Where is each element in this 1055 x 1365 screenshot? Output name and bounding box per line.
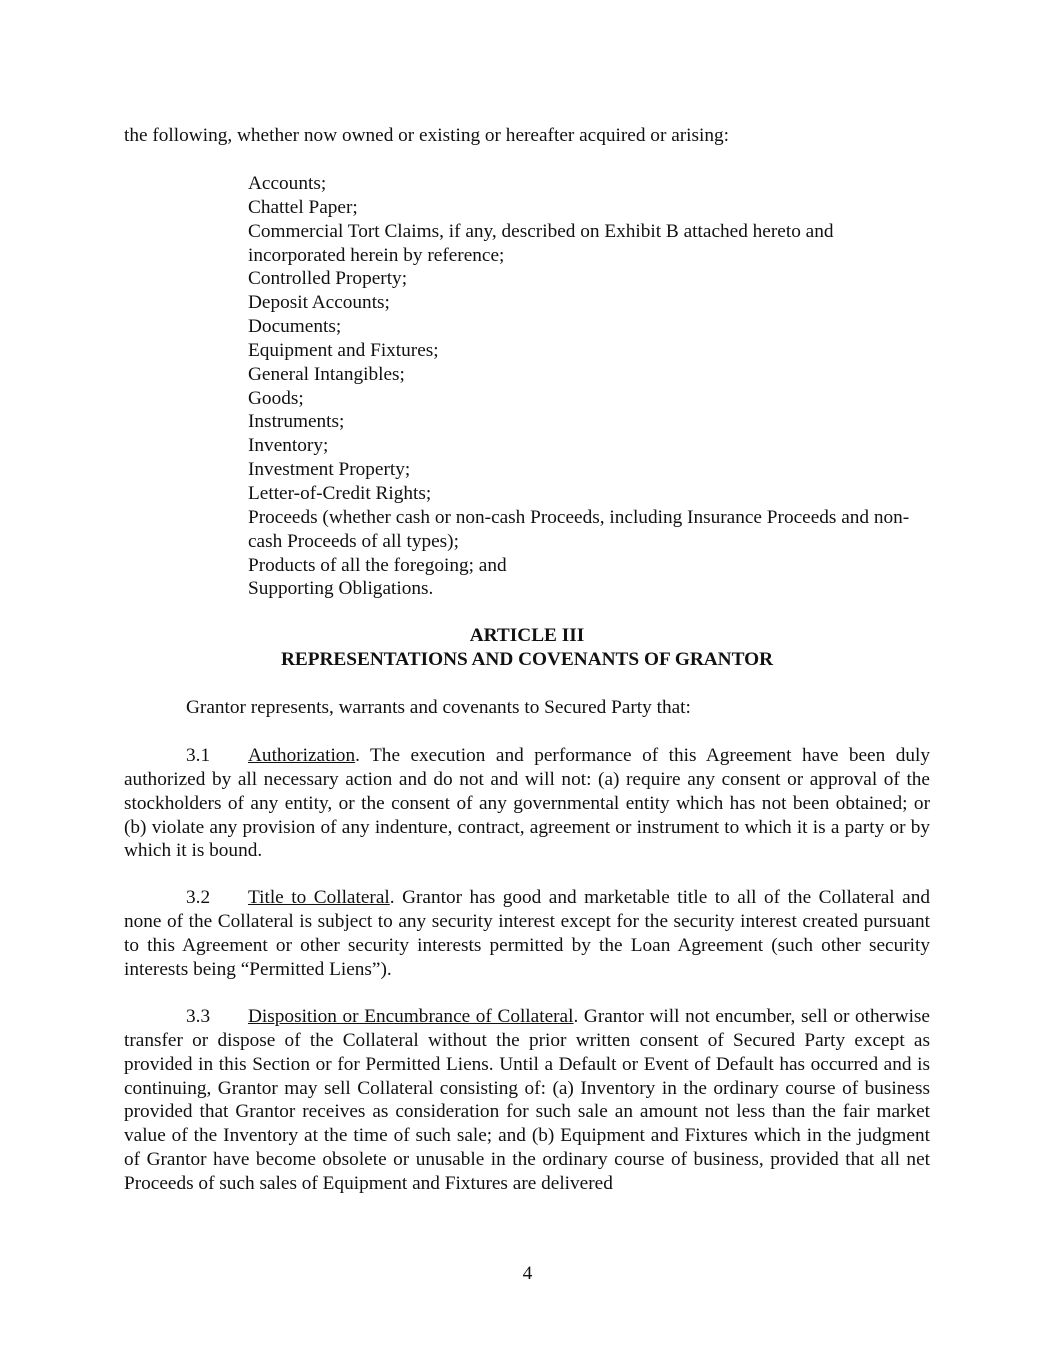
intro-text: the following, whether now owned or exis…	[124, 124, 729, 148]
list-item: Investment Property;	[248, 458, 928, 482]
document-page: the following, whether now owned or exis…	[0, 0, 1055, 1365]
section-title: Title to Collateral	[248, 887, 390, 908]
list-item: Supporting Obligations.	[248, 577, 928, 601]
list-item: Accounts;	[248, 172, 928, 196]
collateral-list: Accounts; Chattel Paper; Commercial Tort…	[248, 172, 928, 601]
section-number: 3.3	[124, 1005, 248, 1029]
list-item: Proceeds (whether cash or non-cash Proce…	[248, 506, 928, 554]
section-number: 3.1	[124, 744, 248, 768]
list-item: Instruments;	[248, 410, 928, 434]
list-item: General Intangibles;	[248, 363, 928, 387]
article-title: REPRESENTATIONS AND COVENANTS OF GRANTOR	[124, 648, 930, 672]
list-item: Letter-of-Credit Rights;	[248, 482, 928, 506]
page-number: 4	[0, 1262, 1055, 1286]
section-title: Disposition or Encumbrance of Collateral	[248, 1006, 573, 1027]
list-item: Controlled Property;	[248, 267, 928, 291]
list-item: Commercial Tort Claims, if any, describe…	[248, 220, 928, 268]
section-3-1: 3.1Authorization. The execution and perf…	[124, 744, 930, 863]
list-item: Chattel Paper;	[248, 196, 928, 220]
section-number: 3.2	[124, 886, 248, 910]
article-number: ARTICLE III	[124, 624, 930, 648]
section-title: Authorization	[248, 745, 355, 766]
list-item: Products of all the foregoing; and	[248, 554, 928, 578]
section-3-3: 3.3Disposition or Encumbrance of Collate…	[124, 1005, 930, 1196]
section-body: . Grantor will not encumber, sell or oth…	[124, 1006, 930, 1194]
list-item: Goods;	[248, 387, 928, 411]
section-3-2: 3.2Title to Collateral. Grantor has good…	[124, 886, 930, 981]
list-item: Inventory;	[248, 434, 928, 458]
lead-sentence: Grantor represents, warrants and covenan…	[186, 696, 691, 720]
list-item: Documents;	[248, 315, 928, 339]
list-item: Deposit Accounts;	[248, 291, 928, 315]
list-item: Equipment and Fixtures;	[248, 339, 928, 363]
